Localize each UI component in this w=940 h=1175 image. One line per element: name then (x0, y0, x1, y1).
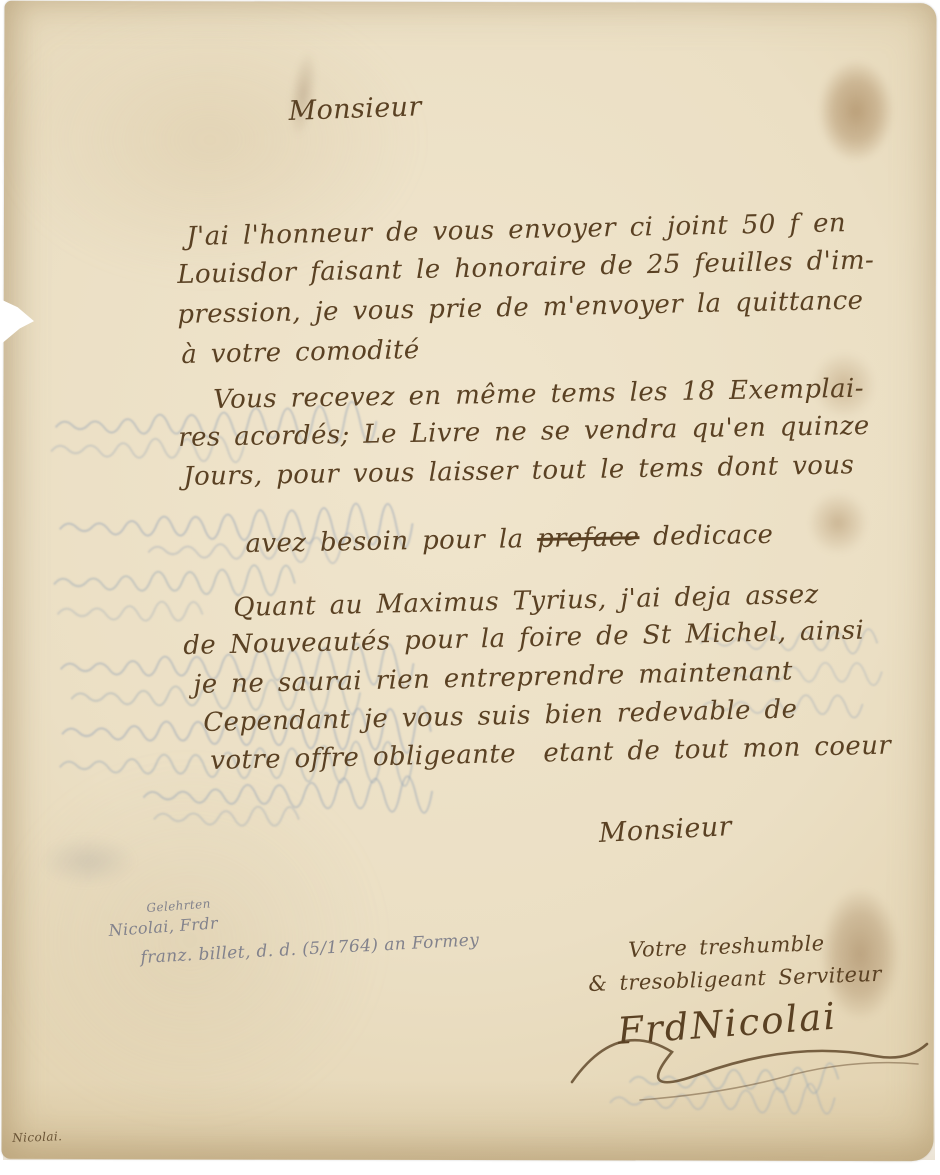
body-line: à votre comodité (181, 335, 420, 370)
struck-word: preface (537, 522, 640, 554)
corner-inscription: Nicolai. (12, 1129, 63, 1145)
body-line-with-strike: avez besoin pour la preface dedicace (190, 490, 774, 590)
letter-scan: Monsieur J'ai l'honneur de vous envoyer … (0, 0, 940, 1175)
salutation: Monsieur (288, 91, 422, 127)
body-line-segment: dedicace (639, 520, 773, 552)
body-line-segment: avez besoin pour la (245, 524, 537, 559)
